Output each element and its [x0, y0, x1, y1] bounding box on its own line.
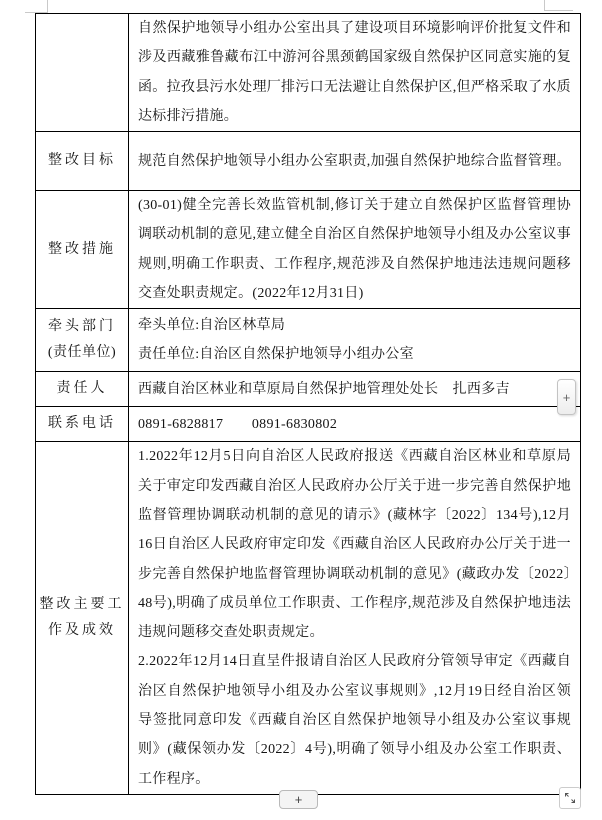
table-row-carryover: 自然保护地领导小组办公室出具了建设项目环境影响评价批复文件和涉及西藏雅鲁藏布江中…: [36, 14, 581, 132]
table-row-phone: 联系电话 0891-6828817 0891-6830802: [36, 407, 581, 442]
lead-unit-label-line1: 牵头部门: [37, 314, 127, 340]
measures-paragraph: (30-01)健全完善长效监管机制,修订关于建立自然保护区监督管理协调联动机制的…: [138, 191, 571, 308]
carryover-text-cell[interactable]: 自然保护地领导小组办公室出具了建设项目环境影响评价批复文件和涉及西藏雅鲁藏布江中…: [129, 14, 581, 132]
phone-text-cell[interactable]: 0891-6828817 0891-6830802: [129, 407, 581, 442]
rectification-info-table: 自然保护地领导小组办公室出具了建设项目环境影响评价批复文件和涉及西藏雅鲁藏布江中…: [35, 13, 581, 795]
lead-unit-text-cell[interactable]: 牵头单位:自治区林草局 责任单位:自治区自然保护地领导小组办公室: [129, 309, 581, 372]
expand-table-button[interactable]: [559, 787, 581, 809]
table-row-work: 整改主要工 作及成效 1.2022年12月5日向自治区人民政府报送《西藏自治区林…: [36, 442, 581, 795]
work-paragraph-1: 1.2022年12月5日向自治区人民政府报送《西藏自治区林业和草原局关于审定印发…: [138, 442, 571, 647]
work-paragraph-2: 2.2022年12月14日直呈件报请自治区人民政府分管领导审定《西藏自治区自然保…: [138, 647, 571, 793]
lead-unit-line1: 牵头单位:自治区林草局: [138, 311, 571, 340]
table-row-measures: 整改措施 (30-01)健全完善长效监管机制,修订关于建立自然保护区监督管理协调…: [36, 191, 581, 309]
row-label-goal[interactable]: 整改目标: [36, 132, 129, 191]
add-column-button[interactable]: +: [557, 379, 576, 415]
person-paragraph: 西藏自治区林业和草原局自然保护地管理处处长 扎西多吉: [138, 375, 571, 404]
person-text-cell[interactable]: 西藏自治区林业和草原局自然保护地管理处处长 扎西多吉: [129, 372, 581, 407]
plus-icon: +: [295, 793, 303, 806]
row-label-empty[interactable]: [36, 14, 129, 132]
work-text-cell[interactable]: 1.2022年12月5日向自治区人民政府报送《西藏自治区林业和草原局关于审定印发…: [129, 442, 581, 795]
lead-unit-line2: 责任单位:自治区自然保护地领导小组办公室: [138, 340, 571, 369]
plus-icon: +: [563, 390, 571, 405]
work-label-line1: 整改主要工: [37, 592, 127, 618]
diagonal-resize-icon: [564, 792, 576, 804]
table-row-lead-unit: 牵头部门 (责任单位) 牵头单位:自治区林草局 责任单位:自治区自然保护地领导小…: [36, 309, 581, 372]
table-row-goal: 整改目标 规范自然保护地领导小组办公室职责,加强自然保护地综合监督管理。: [36, 132, 581, 191]
goal-paragraph: 规范自然保护地领导小组办公室职责,加强自然保护地综合监督管理。: [138, 147, 571, 176]
row-label-work[interactable]: 整改主要工 作及成效: [36, 442, 129, 795]
work-label-line2: 作及成效: [37, 618, 127, 644]
page-corner-mark-top-left-v: [47, 0, 48, 13]
phone-numbers: 0891-6828817 0891-6830802: [138, 410, 571, 439]
goal-text-cell[interactable]: 规范自然保护地领导小组办公室职责,加强自然保护地综合监督管理。: [129, 132, 581, 191]
page-corner-mark-top-right-h: [544, 10, 573, 11]
page-corner-mark-top-right-v: [544, 0, 545, 10]
row-label-phone[interactable]: 联系电话: [36, 407, 129, 442]
lead-unit-label-line2: (责任单位): [37, 340, 127, 366]
table-row-person: 责任人 西藏自治区林业和草原局自然保护地管理处处长 扎西多吉: [36, 372, 581, 407]
carryover-paragraph: 自然保护地领导小组办公室出具了建设项目环境影响评价批复文件和涉及西藏雅鲁藏布江中…: [138, 14, 571, 131]
row-label-measures[interactable]: 整改措施: [36, 191, 129, 309]
row-label-lead-unit[interactable]: 牵头部门 (责任单位): [36, 309, 129, 372]
add-row-button[interactable]: +: [279, 790, 318, 809]
measures-text-cell[interactable]: (30-01)健全完善长效监管机制,修订关于建立自然保护区监督管理协调联动机制的…: [129, 191, 581, 309]
row-label-person[interactable]: 责任人: [36, 372, 129, 407]
